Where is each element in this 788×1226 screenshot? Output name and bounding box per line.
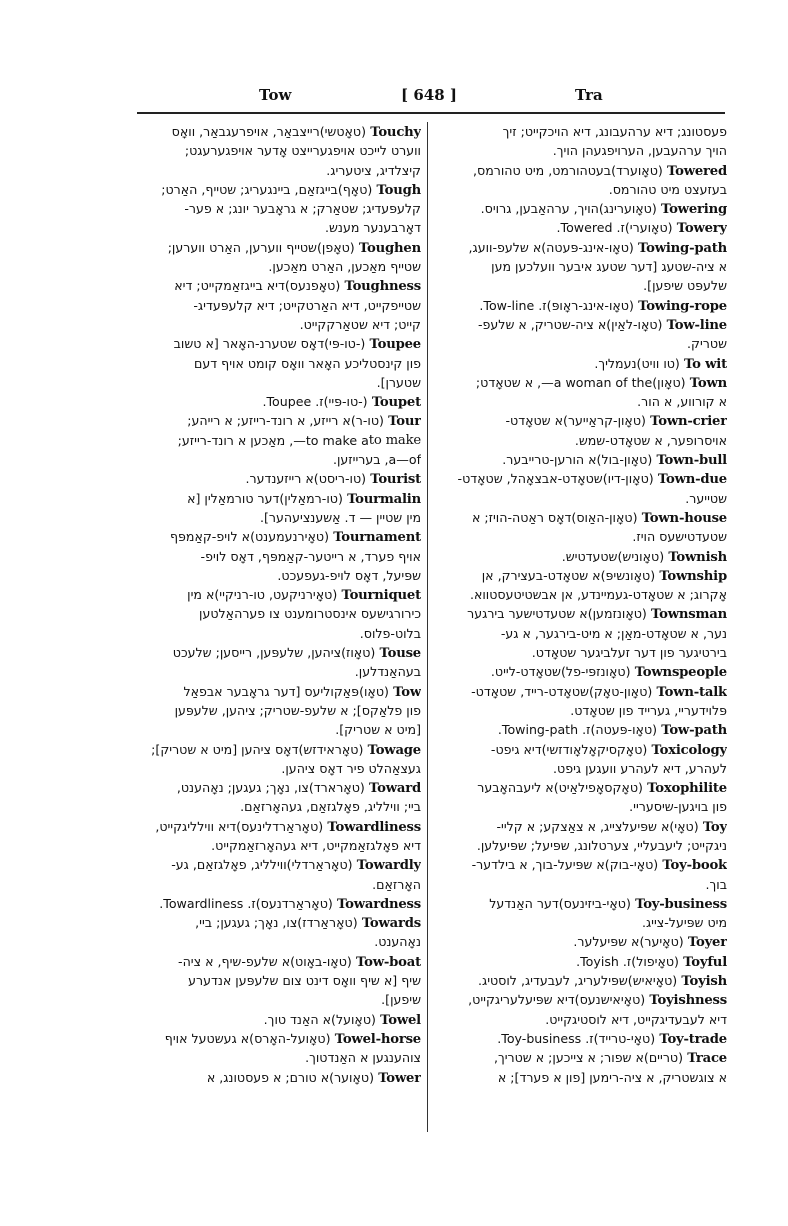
entry-headword: Townsman — [651, 607, 727, 622]
entry-head-group: (טו-פּיי-) Toupet — [324, 392, 421, 411]
dictionary-entry: א געשטעל אויף(טאָועל-האָרס) Towel-horse — [137, 1029, 421, 1048]
dictionary-entry: ז. Towered.(טאָוערי) Towery — [435, 218, 727, 237]
entry-pronunciation: (טאָוז) — [341, 645, 375, 660]
entry-head-group: (טו-ריסט) Tourist — [314, 469, 421, 488]
dictionary-entry: דער טורמאַלין [א(טו-רמאַלין) Tourmalin — [137, 489, 421, 508]
entry-headword: Toupet — [372, 395, 421, 410]
entry-gloss: ווילליג, פאָלגזאַם, גע- — [137, 855, 287, 874]
entry-headword: to make — [369, 433, 421, 448]
entry-headword: Tournament — [333, 530, 421, 545]
entry-pronunciation: (טאָו-אינג-פּעטה) — [541, 240, 634, 255]
entry-headword: Town — [690, 376, 727, 391]
entry-head-group: (טאָו-לאַין) Tow-line — [606, 315, 727, 334]
header-rule — [137, 112, 725, 114]
entry-continuation: שיף [א שיף וואָס דינט צום שלעפּען אנדערע — [137, 971, 421, 990]
entry-head-group: (טאָפן) Toughen — [317, 238, 421, 257]
entry-headword: Touse — [380, 646, 422, 661]
entry-gloss: א שפּיעל-בוך, א בילדער- — [435, 855, 605, 874]
entry-continuation: אויף פערד, א רייטער-קאַמפּף, דאָס לויפ- — [137, 547, 421, 566]
entry-continuation: מין שטיין — ד. אַשענציעהער]. — [137, 508, 421, 527]
entry-continuation: שטערן]. — [137, 373, 421, 392]
entry-head-group: (טאָועל-האָרס) Towel-horse — [249, 1029, 421, 1048]
entry-gloss: שטאָדט-לייט. — [435, 662, 561, 681]
entry-headword: Toyish — [681, 974, 727, 989]
entry-head-group: (טאָי-טרייד) Toy-trade — [594, 1029, 727, 1048]
entry-continuation: האָרזאַם. — [137, 875, 421, 894]
entry-continuation: נאָהענט. — [137, 932, 421, 951]
entry-gloss: א רייזע, א רונד-רייזע; א רייהע; — [137, 411, 351, 430]
entry-head-group: (טאָונזפּי-פל) Townspeople — [561, 662, 727, 681]
entry-headword: Townspeople — [635, 665, 727, 680]
dictionary-entry: נעמליך.(טו וויט) To wit — [435, 354, 727, 373]
entry-continuation: a—of, בערייזען. — [137, 450, 421, 469]
entry-continuation: אויסרופער, א שטאָדט-שמש. — [435, 431, 727, 450]
entry-continuation: געצאַהלט פיר דאָס ציהען. — [137, 759, 421, 778]
entry-pronunciation: (טאָוער) — [329, 1070, 374, 1085]
dictionary-entry: ז. Towing-path.(טאָו-פּעטה) Tow-path — [435, 720, 727, 739]
dictionary-entry: שפּילעריג, לעבעדיג, לוסטיג.(טאָיאיש) Toy… — [435, 971, 727, 990]
entry-head-group: (טאָי) Toy — [669, 817, 727, 836]
entry-head-group: (טאָוער) Tower — [329, 1068, 421, 1087]
dictionary-entry: ז. Toyish.(טאָיפול) Toyful — [435, 952, 727, 971]
entry-continuation: ניגקייט; ליעבעליי, צערטלונג, שפּיעל; שפּ… — [435, 836, 727, 855]
entry-headword: Tough — [377, 183, 422, 198]
entry-pronunciation: (טאָיאיש) — [628, 973, 677, 988]
dictionary-entry: א שפּיעלצייג, א צאַצקע; א קליי-(טאָי) To… — [435, 817, 727, 836]
dictionary-entry: צו, נאָך; געגען; נאָהענט,(טאָרארד) Towar… — [137, 778, 421, 797]
entry-pronunciation: (טאָטשי) — [320, 124, 366, 139]
entry-head-group: (טאָיפול) Toyful — [631, 952, 727, 971]
entry-gloss: דיא ווילליגקייט, — [137, 817, 236, 836]
entry-head-group: (טאָו-באָוט) Tow-boat — [290, 952, 421, 971]
entry-head-group: (טאָף) Tough — [338, 180, 421, 199]
entry-gloss: א שפּיעלצייג, א צאַצקע; א קליי- — [435, 817, 669, 836]
entry-headword: Toy-business — [635, 897, 727, 912]
entry-headword: Townish — [668, 550, 727, 565]
entry-gloss: שפּילעריג, לעבעדיג, לוסטיג. — [435, 971, 628, 990]
entry-gloss: א טורם; א פעסטונג, א — [137, 1068, 329, 1087]
entry-continuation: פּלוידעריי, גערייד פון שטאָדט. — [435, 701, 727, 720]
entry-gloss: דיא שפּיעלעריגקייט, — [435, 990, 575, 1009]
entry-gloss: דער האַנדעל — [435, 894, 559, 913]
entry-gloss: הויך, ערהאַבען, גרויס. — [435, 199, 599, 218]
entry-continuation: בלוט-פלוס. — [137, 624, 421, 643]
entry-continuation: שלעפּט שיפען]. — [435, 276, 727, 295]
entry-gloss: א שלעפ-וועג, — [435, 238, 541, 257]
entry-pronunciation: (טו-ריסט) — [314, 471, 366, 486]
dictionary-entry: דאָס שטערנ-האָאר [א טשוב(טו-פּי-) Toupee — [137, 334, 421, 353]
dictionary-entry: א שלעפ-וועג,(טאָו-אינג-פּעטה) Towing-pat… — [435, 238, 727, 257]
entry-continuation: שטריק. — [435, 334, 727, 353]
entry-pronunciation: (טאָפן) — [317, 240, 355, 255]
entry-gloss: א מין — [137, 585, 214, 604]
entry-gloss: א שפּיעלער. — [435, 932, 639, 951]
entry-head-group: (טו-רמאַלין) Tourmalin — [279, 489, 421, 508]
entry-headword: To wit — [684, 357, 727, 372]
entry-headword: Town-talk — [657, 685, 728, 700]
dictionary-entry: ז. Towardliness.(טאָראַרדנעס) Towardness — [137, 894, 421, 913]
dictionary-entry: א טורם; א פעסטונג, א(טאָוער) Tower — [137, 1068, 421, 1087]
entry-pronunciation: (טאָרארד) — [309, 780, 365, 795]
entry-pronunciation: (טאָונזמען) — [588, 606, 647, 621]
entry-gloss: בייגזאַם, ביינגעריג; שטייף, האַרט; — [137, 180, 338, 199]
entry-continuation: מיט שפּיעל-צייג. — [435, 913, 727, 932]
entry-gloss: to make a—, מאַכען א רונד-רייזע; — [137, 431, 369, 450]
entry-gloss: שטייף ווערען, האַרט ווערען; — [137, 238, 317, 257]
entry-continuation: בירטיגער פון דער זעלביגער שטאָדט. — [435, 643, 727, 662]
entry-pronunciation: (טאָון-טאָק) — [589, 684, 652, 699]
entry-gloss: ציהען, שלעפּען, רייסען; שלעכט — [137, 643, 341, 662]
dictionary-entry: א שפור; א צייכען; א שטריך,(טריים) Trace — [435, 1048, 727, 1067]
entry-gloss: א האַנד טוך. — [137, 1010, 331, 1029]
entry-continuation: א צוגשטריק, א ציה-רימען [פון א פערד]; א — [435, 1068, 727, 1087]
entry-gloss: צו, נאָך; געגען; נאָהענט, — [137, 778, 309, 797]
entry-pronunciation: (טאָוערי) — [625, 220, 673, 235]
entry-gloss: א ליעבהאָבער — [435, 778, 554, 797]
dictionary-entry: א שטאָדט-בעצירק, אן(טאָונשיפּ) Township — [435, 566, 727, 585]
dictionary-entry: דיא בייגזאַמקייט; דיא(טאָפנעס) Toughness — [137, 276, 421, 295]
entry-continuation: בעזעצט מיט טהורמס. — [435, 180, 727, 199]
entry-continuation: נער, א שטאָדט-מאַן; א מיט-בירגער, א גע- — [435, 624, 727, 643]
entry-head-group: (טאָוערי) Towery — [625, 218, 727, 237]
entry-continuation: [מיט א שטריק]. — [137, 720, 421, 739]
entry-gloss: דער טורמאַלין [א — [137, 489, 279, 508]
entry-head-group: (טאָוניש) Townish — [617, 547, 727, 566]
entry-headword: Toupee — [370, 337, 421, 352]
entry-pronunciation: (טאָועל-האָרס) — [249, 1031, 330, 1046]
entry-pronunciation: (טאָון-קראַייער) — [563, 413, 646, 428]
entry-continuation: שפּיעל, דאָס לויפ-געפעכט. — [137, 566, 421, 585]
entry-gloss: א שטאָדט-בעצירק, אן — [435, 566, 601, 585]
dictionary-entry: א שפּיעלער.(טאָיער) Toyer — [435, 932, 727, 951]
entry-headword: Towering — [661, 202, 727, 217]
dictionary-entry: דאָס ראַטה-הויז; א(טאָון-האַוס) Town-hou… — [435, 508, 727, 527]
entry-head-group: (טאָראַרדלינעס) Towardliness — [236, 817, 421, 836]
entry-head-group: (טאָירנעמענט) Tournament — [250, 527, 421, 546]
entry-head-group: (טאָועל) Towel — [331, 1010, 421, 1029]
running-head-right: Tra — [575, 86, 603, 104]
entry-headword: Tour — [388, 414, 421, 429]
entry-headword: Toy — [703, 820, 727, 835]
entry-continuation: פון בויגען-שיסעריי. — [435, 797, 727, 816]
entry-headword: Toward — [369, 781, 421, 796]
entry-head-group: (טאָוז) Touse — [341, 643, 421, 662]
entry-gloss: דאָס ציהען [מיט א שטריק]; — [137, 740, 298, 759]
entry-head-group: (טאָראַרדז) Towards — [297, 913, 421, 932]
running-head-left: Tow — [259, 86, 291, 104]
entry-head-group: (טאָון-טאָק) Town-talk — [589, 682, 727, 701]
entry-headword: Tow-boat — [356, 955, 421, 970]
entry-headword: Tow — [393, 685, 421, 700]
dictionary-entry: א הורען-טרייבער.(טאָון-בול) Town-bull — [435, 450, 727, 469]
entry-gloss: ז. Towardliness. — [137, 894, 256, 913]
entry-headword: Towardness — [337, 897, 421, 912]
entry-headword: Toughness — [344, 279, 421, 294]
entry-pronunciation: (טאָוערד) — [611, 163, 663, 178]
entry-headword: Town-crier — [650, 414, 727, 429]
entry-headword: Touchy — [370, 125, 421, 140]
entry-gloss: פּאַקוליעס [דער גראָבער אבפאַל — [137, 682, 359, 701]
entry-pronunciation: (טאָראַרדלינעס) — [236, 819, 323, 834]
entry-headword: Towage — [368, 743, 421, 758]
entry-gloss: א געשטעל אויף — [137, 1029, 249, 1048]
entry-continuation: אָקרוג; א שטאָדט-געמיינדע, אן אבשטיטעסטו… — [435, 585, 727, 604]
entry-continuation: דיא לעבעדיגקייט, דיא לוסטיגקייט. — [435, 1010, 727, 1029]
entry-head-group: (טאָי-ביזינעס) Toy-business — [559, 894, 727, 913]
entry-pronunciation: (טאָו-לאַין) — [606, 317, 662, 332]
entry-gloss: דאָס שטערנ-האָאר [א טשוב — [137, 334, 324, 353]
entry-gloss: שטאָדט-אבצאָהל, שטאָדט- — [435, 469, 603, 488]
entry-gloss: ז. Towered. — [435, 218, 625, 237]
dictionary-entry: שטאָדט-לייט.(טאָונזפּי-פל) Townspeople — [435, 662, 727, 681]
entry-head-group: (טאָו-אינג-ראָופּ) Towing-rope — [547, 296, 727, 315]
entry-head-group: (טאָון-בול) Town-bull — [597, 450, 727, 469]
entry-gloss: a woman of the—, א שטאָדט; — [435, 373, 652, 392]
entry-headword: Tow-line — [667, 318, 727, 333]
dictionary-entry: א ליעבהאָבער(טאָקסאָפילאַיט) Toxophilite — [435, 778, 727, 797]
dictionary-entry: א שטעדטישער בירגער(טאָונזמען) Townsman — [435, 604, 727, 623]
entry-continuation: שיפען]. — [137, 990, 421, 1009]
entry-head-group: (טאָו) Tow — [359, 682, 421, 701]
entry-head-group: (טאָוערינג) Towering — [599, 199, 727, 218]
entry-pronunciation: (טאָף) — [338, 182, 372, 197]
entry-pronunciation: (טאָירניקעט, טו-רניקיי) — [214, 587, 337, 602]
entry-headword: Toxophilite — [647, 781, 727, 796]
entry-pronunciation: (טאָיער) — [639, 934, 683, 949]
dictionary-entry: בעטהורמט, מיט טהורמס,(טאָוערד) Towered — [435, 161, 727, 180]
entry-headword: Toyful — [683, 955, 727, 970]
entry-headword: Tourist — [370, 472, 421, 487]
dictionary-entry: פּאַקוליעס [דער גראָבער אבפאַל(טאָו) Tow — [137, 682, 421, 701]
entry-continuation: בעהאַנדלען. — [137, 662, 421, 681]
entry-pronunciation: (טאָי) — [669, 819, 698, 834]
entry-head-group: (טאָיאיש) Toyish — [628, 971, 727, 990]
entry-head-group: (טאָראַרדנעס) Towardness — [256, 894, 421, 913]
entry-headword: Tourmalin — [347, 492, 421, 507]
entry-continuation: א קורווע, א הור. — [435, 392, 727, 411]
entry-continuation: קלעפּעדיג; שטאַרק; א גראָבער יונג; א פער… — [137, 199, 421, 218]
entry-head-group: to make — [369, 431, 421, 450]
entry-headword: Town-due — [658, 472, 727, 487]
entry-headword: Towel — [380, 1013, 421, 1028]
entry-continuation: צוהענגען א האַנדטוך. — [137, 1048, 421, 1067]
entry-headword: Towered — [667, 164, 727, 179]
entry-pronunciation: (טאָוערינג) — [599, 201, 657, 216]
entry-pronunciation: (טריים) — [644, 1050, 683, 1065]
dictionary-entry: ז. Toupee.(טו-פּיי-) Toupet — [137, 392, 421, 411]
entry-head-group: (טאָרארד) Toward — [309, 778, 421, 797]
entry-headword: Tourniquet — [341, 588, 421, 603]
entry-gloss: א שלעפ-שיף, א ציה- — [137, 952, 290, 971]
entry-headword: Towing-path — [638, 241, 727, 256]
entry-head-group: (טאָקסאָפילאַיט) Toxophilite — [554, 778, 727, 797]
entry-headword: Township — [659, 569, 727, 584]
entry-pronunciation: (טאָראַרדלי) — [287, 857, 353, 872]
entry-headword: Toxicology — [652, 743, 727, 758]
entry-continuation: ווערט לייכט אויפגערייצט אָדער אויפגערעגט… — [137, 141, 421, 160]
dictionary-entry: בייגזאַם, ביינגעריג; שטייף, האַרט;(טאָף)… — [137, 180, 421, 199]
entry-continuation: בוך. — [435, 875, 727, 894]
entry-head-group: (טאָיאישנעס) Toyishness — [575, 990, 727, 1009]
entry-pronunciation: (טאָון-האַוס) — [571, 510, 637, 525]
dictionary-entry: ז. Tow-line.(טאָו-אינג-ראָופּ) Towing-ro… — [435, 296, 727, 315]
entry-pronunciation: (טאָיאישנעס) — [575, 992, 646, 1007]
entry-head-group: (טאָראידזש) Towage — [298, 740, 421, 759]
entry-continuation: כירורגישעס אינסטרומענט צו פערהאַלטען — [137, 604, 421, 623]
dictionary-entry: צו, נאָך; געגען; ביי,(טאָראַרדז) Towards — [137, 913, 421, 932]
entry-head-group: (טו-ר) Tour — [351, 411, 421, 430]
dictionary-entry: דיא ווילליגקייט,(טאָראַרדלינעס) Towardli… — [137, 817, 421, 836]
entry-continuation: קייט; דיא שטאַרקקייט. — [137, 315, 421, 334]
entry-gloss: שטאָדט-רייד, שטאָדט- — [435, 682, 589, 701]
entry-head-group: (טאָו-אינג-פּעטה) Towing-path — [541, 238, 727, 257]
entry-gloss: בעטהורמט, מיט טהורמס, — [435, 161, 611, 180]
entry-gloss: רייצבאַר, אויפרעגבאַר, וואָס — [137, 122, 320, 141]
dictionary-entry: א שפּיעל-בוך, א בילדער-(טאָי-בוק) Toy-bo… — [435, 855, 727, 874]
entry-gloss: ז. Towing-path. — [435, 720, 590, 739]
right-column: פעסטונג; דיא ערהעבונג, דיא הויכקייט; זיך… — [435, 122, 727, 1087]
column-divider — [427, 122, 428, 1132]
entry-head-group: (טאָו-פּעטה) Tow-path — [590, 720, 727, 739]
entry-pronunciation: (טאָפנעס) — [285, 278, 340, 293]
entry-continuation: פון פלאַקס]; א שלעפ-שטריק; ציהען, שלעפּע… — [137, 701, 421, 720]
entry-pronunciation: (טאָון) — [652, 375, 685, 390]
dictionary-entry: ווילליג, פאָלגזאַם, גע-(טאָראַרדלי) Towa… — [137, 855, 421, 874]
dictionary-entry: א ציה-שטריק, א שלעפ-(טאָו-לאַין) Tow-lin… — [435, 315, 727, 334]
entry-head-group: (טאָון-קראַייער) Town-crier — [563, 411, 727, 430]
entry-pronunciation: (טאָועל) — [331, 1012, 376, 1027]
entry-gloss: דיא גיפט- — [435, 740, 542, 759]
dictionary-entry: א רייזע, א רונד-רייזע; א רייהע;(טו-ר) To… — [137, 411, 421, 430]
entry-headword: Toy-book — [662, 858, 727, 873]
entry-gloss: א הורען-טרייבער. — [435, 450, 597, 469]
entry-head-group: (טריים) Trace — [644, 1048, 727, 1067]
dictionary-entry: דאָס ציהען [מיט א שטריק];(טאָראידזש) Tow… — [137, 740, 421, 759]
entry-headword: Towardly — [357, 858, 421, 873]
entry-gloss: שטעדטיש. — [435, 547, 617, 566]
entry-pronunciation: (טאָון-דיו) — [603, 471, 654, 486]
entry-gloss: ז. Toupee. — [137, 392, 324, 411]
dictionary-entry: א מין(טאָירניקעט, טו-רניקיי) Tourniquet — [137, 585, 421, 604]
dictionary-entry: א לויפ-קאַמפּף(טאָירנעמענט) Tournament — [137, 527, 421, 546]
entry-pronunciation: (טאָו-באָוט) — [290, 954, 352, 969]
dictionary-entry: דיא שפּיעלעריגקייט,(טאָיאישנעס) Toyishne… — [435, 990, 727, 1009]
entry-continuation: שטייפקייט, דיא האַרטקייט; דיא קלעפּעדיג- — [137, 296, 421, 315]
running-head: Tow [ 648 ] Tra — [137, 84, 727, 108]
entry-head-group: (טאָונזמען) Townsman — [588, 604, 727, 623]
entry-headword: Tower — [378, 1071, 421, 1086]
dictionary-entry: ציהען, שלעפּען, רייסען; שלעכט(טאָוז) Tou… — [137, 643, 421, 662]
entry-headword: Towel-horse — [335, 1032, 421, 1047]
entry-headword: Towery — [677, 221, 727, 236]
dictionary-entry: to make a—, מאַכען א רונד-רייזע;to make — [137, 431, 421, 450]
entry-pronunciation: (טאָירנעמענט) — [250, 529, 329, 544]
entry-headword: Toyer — [688, 935, 727, 950]
entry-continuation: פון קינסטליכע האָאר וואָס קומט אויף דעם — [137, 354, 421, 373]
entry-gloss: דיא בייגזאַמקייט; דיא — [137, 276, 285, 295]
entry-gloss: א שפור; א צייכען; א שטריך, — [435, 1048, 644, 1067]
entry-pronunciation: (טאָי-ביזינעס) — [559, 896, 631, 911]
entry-headword: Tow-path — [661, 723, 727, 738]
entry-pronunciation: (טאָי-בוק) — [605, 857, 658, 872]
entry-pronunciation: (טאָקסיקאָלאָודזשי) — [542, 742, 648, 757]
dictionary-entry: א שטאָדט-(טאָון-קראַייער) Town-crier — [435, 411, 727, 430]
entry-pronunciation: (טאָו-פּעטה) — [590, 722, 657, 737]
entry-head-group: (טו וויט) To wit — [637, 354, 727, 373]
entry-continuation: הויך ערהעבען, הערויפגעהן הויך. — [435, 141, 727, 160]
entry-continuation: דאָרבענער מענש. — [137, 218, 421, 237]
entry-pronunciation: (טאָראַרדנעס) — [256, 896, 333, 911]
entry-pronunciation: (טו וויט) — [637, 356, 680, 371]
entry-head-group: (טאָון-דיו) Town-due — [603, 469, 727, 488]
entry-pronunciation: (טאָונזפּי-פל) — [561, 664, 631, 679]
entry-continuation: שטעדטישעס הויז. — [435, 527, 727, 546]
dictionary-entry: דער האַנדעל(טאָי-ביזינעס) Toy-business — [435, 894, 727, 913]
entry-gloss: א לויפ-קאַמפּף — [137, 527, 250, 546]
dictionary-entry: א שלעפ-שיף, א ציה-(טאָו-באָוט) Tow-boat — [137, 952, 421, 971]
entry-continuation: א ציה-שטעג [דער שטעג איבער וועלכען מען — [435, 257, 727, 276]
entry-head-group: (טאָטשי) Touchy — [320, 122, 421, 141]
entry-head-group: (טו-פּי-) Toupee — [324, 334, 421, 353]
dictionary-entry: שטאָדט-רייד, שטאָדט-(טאָון-טאָק) Town-ta… — [435, 682, 727, 701]
dictionary-entry: א האַנד טוך.(טאָועל) Towel — [137, 1010, 421, 1029]
entry-pronunciation: (טאָוניש) — [617, 549, 664, 564]
entry-headword: Trace — [687, 1051, 727, 1066]
entry-head-group: (טאָי-בוק) Toy-book — [605, 855, 727, 874]
dictionary-page: Tow [ 648 ] Tra רייצבאַר, אויפרעגבאַר, ו… — [137, 84, 727, 108]
entry-continuation: שטייער. — [435, 489, 727, 508]
entry-gloss: א רייזענדער. — [137, 469, 314, 488]
entry-pronunciation: (טאָונשיפּ) — [601, 568, 656, 583]
entry-headword: Towardliness — [327, 820, 421, 835]
entry-headword: Toy-trade — [659, 1032, 727, 1047]
dictionary-entry: ז. Toy-business.(טאָי-טרייד) Toy-trade — [435, 1029, 727, 1048]
dictionary-entry: רייצבאַר, אויפרעגבאַר, וואָס(טאָטשי) Tou… — [137, 122, 421, 141]
entry-head-group: (טאָיער) Toyer — [639, 932, 727, 951]
entry-head-group: (טאָקסיקאָלאָודזשי) Toxicology — [542, 740, 727, 759]
dictionary-entry: דיא גיפט-(טאָקסיקאָלאָודזשי) Toxicology — [435, 740, 727, 759]
entry-continuation: שטייף מאַכען, האַרט מאַכען. — [137, 257, 421, 276]
entry-pronunciation: (טאָו) — [359, 684, 389, 699]
page-number: [ 648 ] — [401, 86, 457, 104]
entry-pronunciation: (טו-רמאַלין) — [279, 491, 342, 506]
entry-pronunciation: (טאָו-אינג-ראָופּ) — [547, 298, 634, 313]
entry-pronunciation: (טאָקסאָפילאַיט) — [554, 780, 643, 795]
entry-continuation: פעסטונג; דיא ערהעבונג, דיא הויכקייט; זיך — [435, 122, 727, 141]
entry-headword: Towing-rope — [638, 299, 727, 314]
entry-head-group: (טאָון-האַוס) Town-house — [571, 508, 727, 527]
entry-pronunciation: (טו-פּי-) — [324, 336, 365, 351]
entry-gloss: א שטאָדט- — [435, 411, 563, 430]
entry-continuation: לעהרע, דיא לעהרע וועגען גיפט. — [435, 759, 727, 778]
entry-head-group: (טאָוערד) Towered — [611, 161, 727, 180]
entry-headword: Towards — [362, 916, 421, 931]
entry-pronunciation: (טאָראַרדז) — [297, 915, 357, 930]
entry-gloss: ז. Tow-line. — [435, 296, 547, 315]
entry-pronunciation: (טו-פּיי-) — [324, 394, 368, 409]
dictionary-entry: שטאָדט-אבצאָהל, שטאָדט-(טאָון-דיו) Town-… — [435, 469, 727, 488]
dictionary-entry: שטייף ווערען, האַרט ווערען;(טאָפן) Tough… — [137, 238, 421, 257]
entry-gloss: נעמליך. — [435, 354, 637, 373]
entry-gloss: ז. Toyish. — [435, 952, 631, 971]
entry-gloss: ז. Toy-business. — [435, 1029, 594, 1048]
entry-continuation: ביי; ווילליג, פאָלגזאַם, געהאָרזאַם. — [137, 797, 421, 816]
entry-head-group: (טאָון) Town — [652, 373, 727, 392]
entry-headword: Toughen — [359, 241, 421, 256]
dictionary-entry: א רייזענדער.(טו-ריסט) Tourist — [137, 469, 421, 488]
entry-pronunciation: (טאָי-טרייד) — [594, 1031, 656, 1046]
entry-pronunciation: (טאָון-בול) — [597, 452, 653, 467]
